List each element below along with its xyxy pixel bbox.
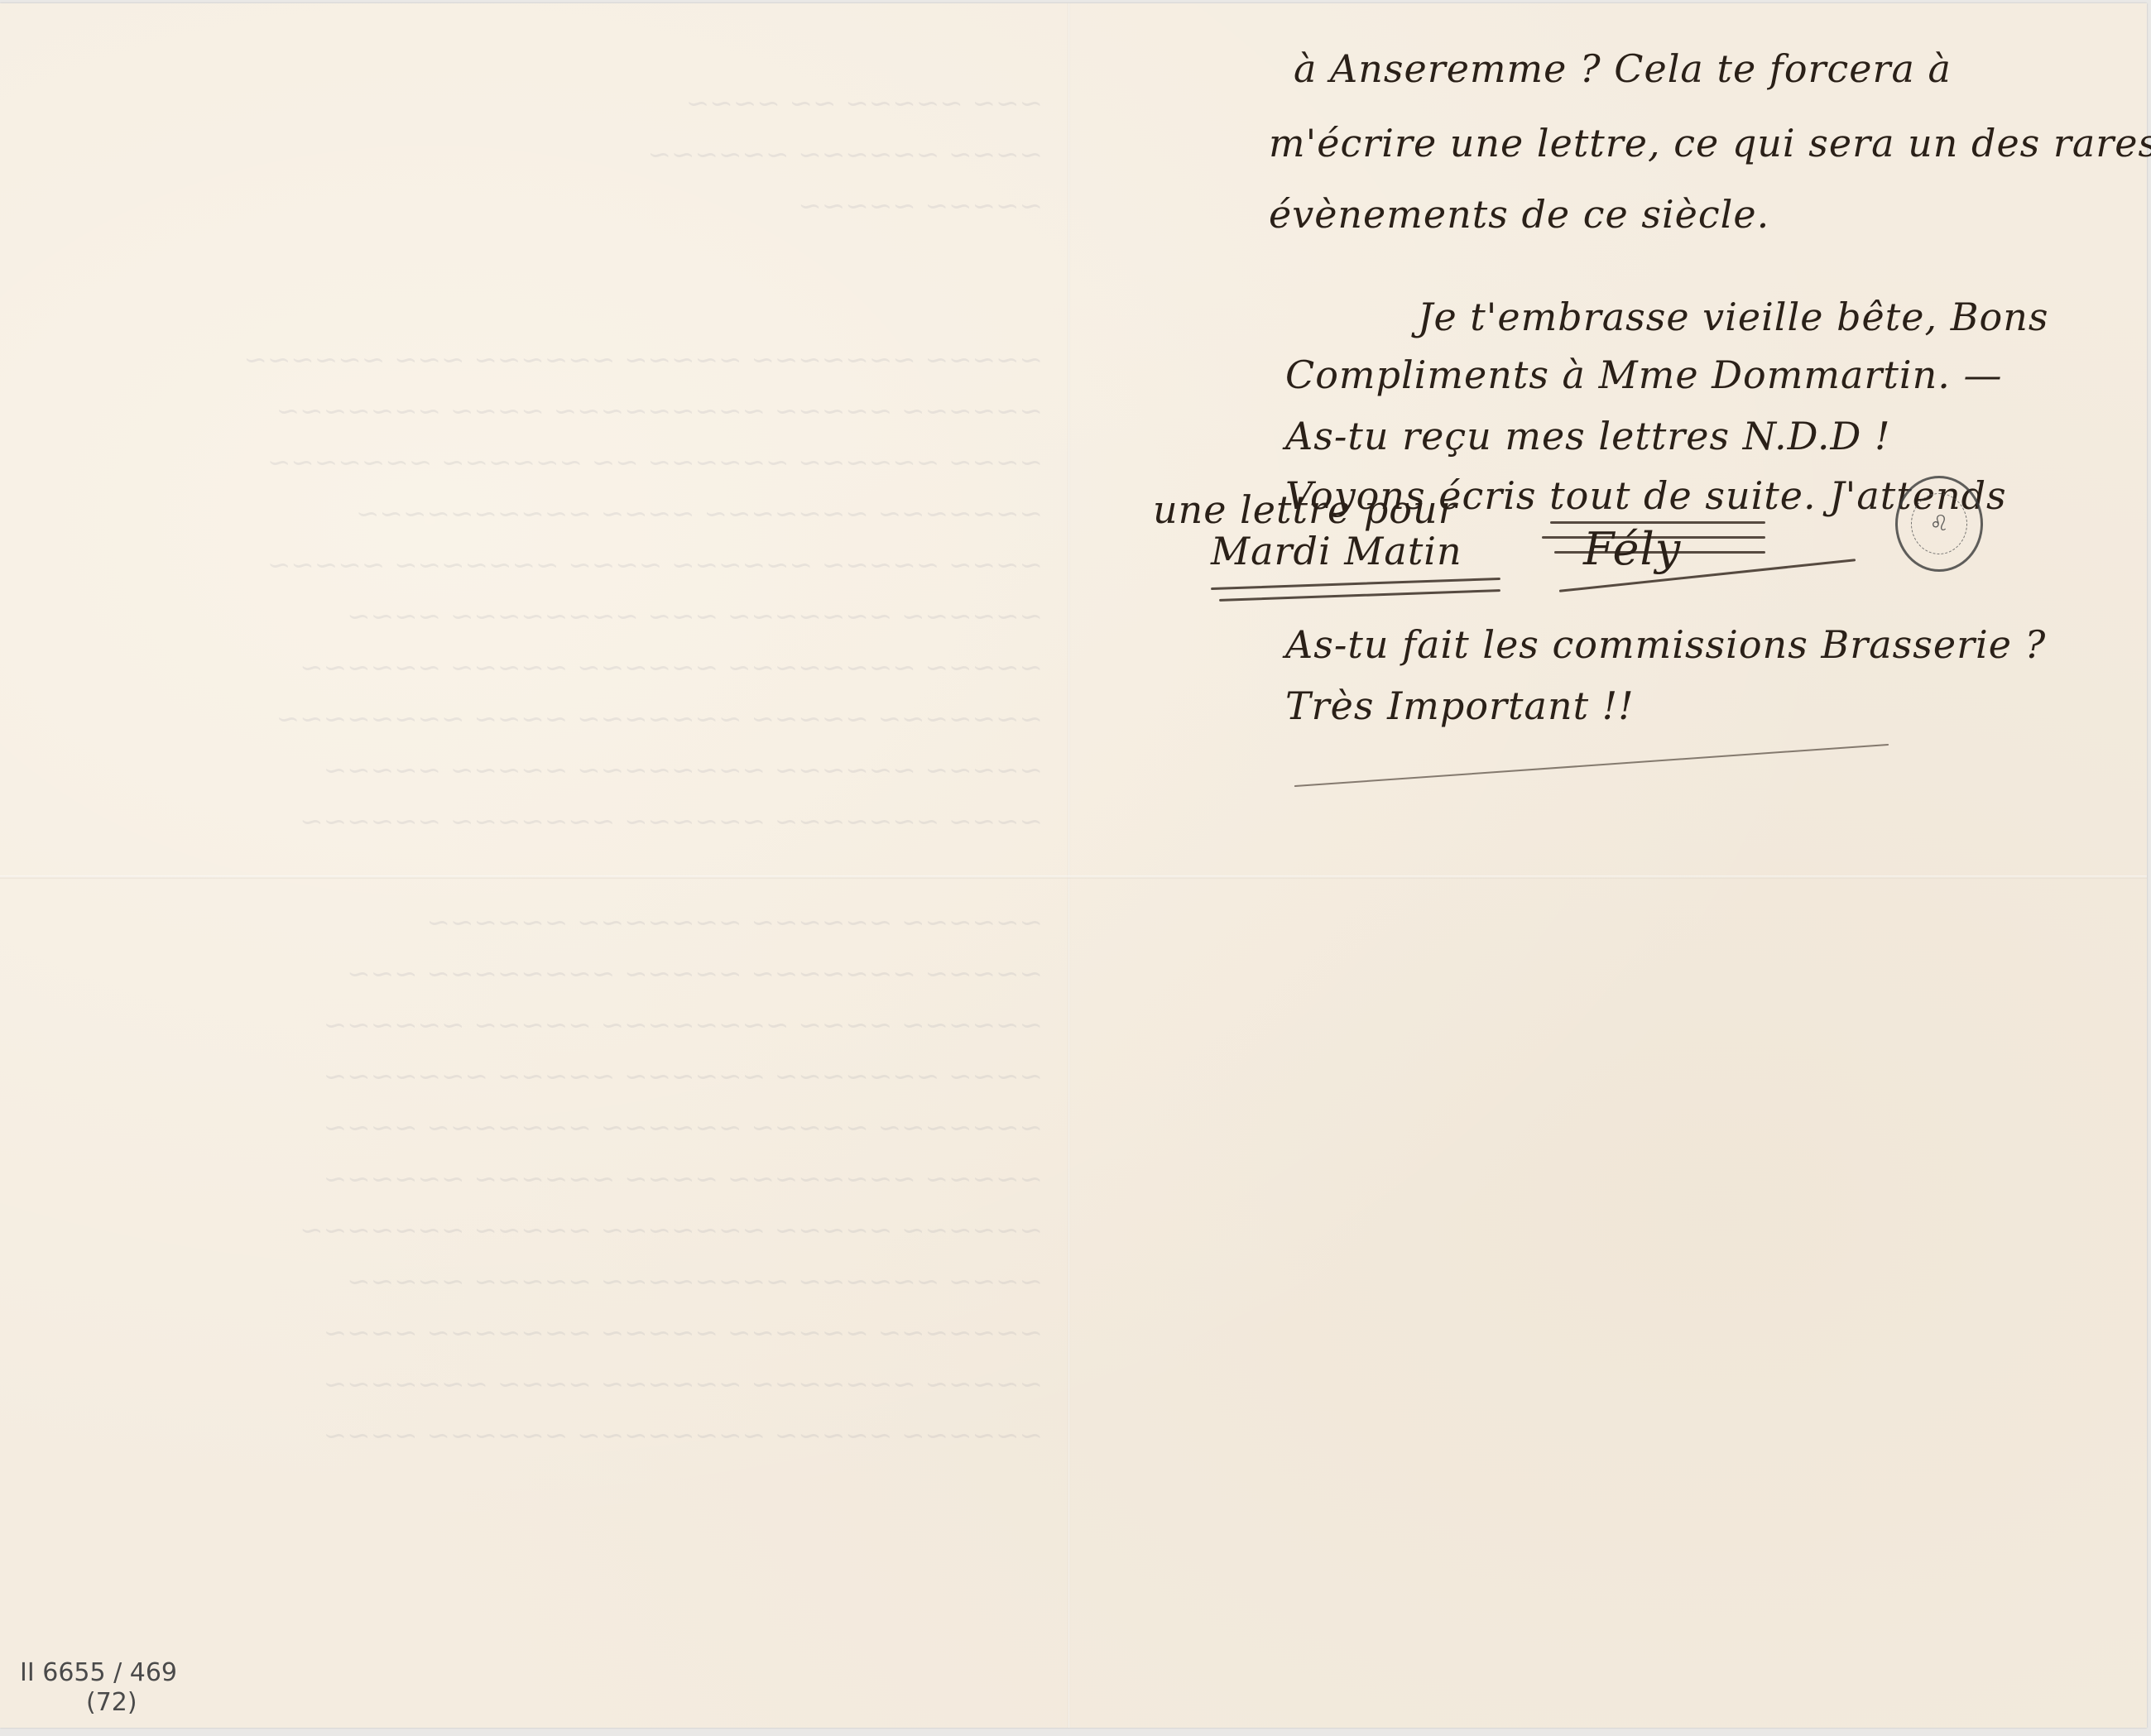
underline-stroke [1211, 578, 1500, 590]
letter-line: Je t'embrasse vieille bête, Bons [1418, 295, 2048, 339]
bleed-through-text: ~~~ ~~~~~ ~~ ~~~~ ~~~~ ~~~~~~ ~~~~~~ ~~~… [50, 78, 1043, 232]
letter-line: évènements de ce siècle. [1269, 192, 1769, 237]
lion-emblem-icon: ♌ [1911, 493, 1967, 554]
left-page: ~~~ ~~~~~ ~~ ~~~~ ~~~~ ~~~~~~ ~~~~~~ ~~~… [0, 3, 1069, 1728]
signature: Fély [1583, 523, 1681, 575]
right-page: à Anseremme ? Cela te forcera à m'écrire… [1070, 3, 2147, 1728]
postscript-flourish [1294, 744, 1889, 787]
letter-line: à Anseremme ? Cela te forcera à [1294, 46, 1952, 91]
underline-stroke [1219, 589, 1500, 602]
letter-line: m'écrire une lettre, ce qui sera un des … [1269, 121, 2151, 165]
shelfmark: II 6655 / 469 (72) [20, 1658, 177, 1718]
bleed-through-text: ~~~~~ ~~~~~~~ ~~~~~ ~~~~~~ ~~~ ~~~~~~ ~~… [50, 334, 1043, 847]
letter-line: Mardi Matin [1211, 529, 1462, 573]
library-stamp: ♌ [1895, 476, 1983, 572]
letter-sheet: ~~~ ~~~~~ ~~ ~~~~ ~~~~ ~~~~~~ ~~~~~~ ~~~… [0, 3, 2147, 1728]
letter-line: une lettre pour [1153, 487, 1457, 532]
postscript-line: As-tu fait les commissions Brasserie ? [1285, 622, 2046, 667]
shelfmark-number: II 6655 / 469 [20, 1658, 177, 1687]
letter-line: As-tu reçu mes lettres N.D.D ! [1285, 414, 1891, 458]
shelfmark-folio: (72) [20, 1688, 177, 1718]
bleed-through-text: ~~~~~~ ~~~~~~ ~~~~~~~ ~~~~~~ ~~~~~ ~~~~~… [50, 897, 1043, 1461]
letter-line: Compliments à Mme Dommartin. — [1285, 352, 2002, 397]
postscript-line: Très Important !! [1285, 683, 1635, 728]
